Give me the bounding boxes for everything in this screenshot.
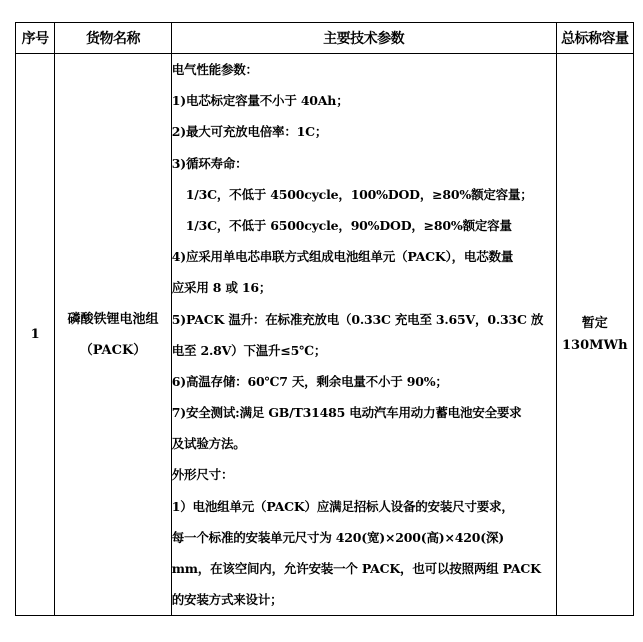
header-tech-params: 主要技术参数 — [171, 23, 556, 54]
param-line: 1）电池组单元（PACK）应满足招标人设备的安装尺寸要求， — [172, 491, 556, 522]
param-line: 外形尺寸： — [172, 459, 556, 490]
cell-tech-params: 电气性能参数： 1)电芯标定容量不小于 40Ah； 2)最大可充放电倍率：1C；… — [171, 54, 556, 616]
param-line: 1/3C，不低于 6500cycle，90%DOD，≥80%额定容量 — [172, 210, 556, 241]
header-no: 序号 — [16, 23, 55, 54]
header-goods-name: 货物名称 — [55, 23, 172, 54]
header-row: 序号 货物名称 主要技术参数 总标称容量 — [16, 23, 634, 54]
capacity-line1: 暂定 — [557, 313, 633, 335]
capacity-line2: 130MWh — [557, 335, 633, 357]
cell-goods-name: 磷酸铁锂电池组 （PACK） — [55, 54, 172, 616]
param-line: 电至 2.8V）下温升≤5℃； — [172, 335, 556, 366]
param-line: 电气性能参数： — [172, 54, 556, 85]
goods-name-line2: （PACK） — [55, 335, 171, 366]
spec-table: 序号 货物名称 主要技术参数 总标称容量 1 磷酸铁锂电池组 （PACK） 电气… — [15, 22, 634, 616]
param-line: 及试验方法。 — [172, 428, 556, 459]
param-line: 7)安全测试:满足 GB/T31485 电动汽车用动力蓄电池安全要求 — [172, 397, 556, 428]
table-row: 1 磷酸铁锂电池组 （PACK） 电气性能参数： 1)电芯标定容量不小于 40A… — [16, 54, 634, 616]
cell-total-capacity: 暂定 130MWh — [556, 54, 633, 616]
param-line: 的安装方式来设计； — [172, 584, 556, 615]
param-line: 1)电芯标定容量不小于 40Ah； — [172, 85, 556, 116]
param-line: 6)高温存储：60℃7 天，剩余电量不小于 90%； — [172, 366, 556, 397]
goods-name-line1: 磷酸铁锂电池组 — [55, 304, 171, 335]
param-line: 应采用 8 或 16； — [172, 272, 556, 303]
param-line: 1/3C，不低于 4500cycle，100%DOD，≥80%额定容量； — [172, 179, 556, 210]
header-total-capacity: 总标称容量 — [556, 23, 633, 54]
param-line: 每一个标准的安装单元尺寸为 420(宽)×200(高)×420(深) — [172, 522, 556, 553]
param-line: 5)PACK 温升：在标准充放电（0.33C 充电至 3.65V，0.33C 放 — [172, 304, 556, 335]
param-line: mm，在该空间内，允许安装一个 PACK，也可以按照两组 PACK — [172, 553, 556, 584]
param-line: 3)循环寿命： — [172, 148, 556, 179]
cell-no: 1 — [16, 54, 55, 616]
param-line: 4)应采用单电芯串联方式组成电池组单元（PACK），电芯数量 — [172, 241, 556, 272]
row-number: 1 — [16, 319, 54, 350]
param-line: 2)最大可充放电倍率：1C； — [172, 116, 556, 147]
